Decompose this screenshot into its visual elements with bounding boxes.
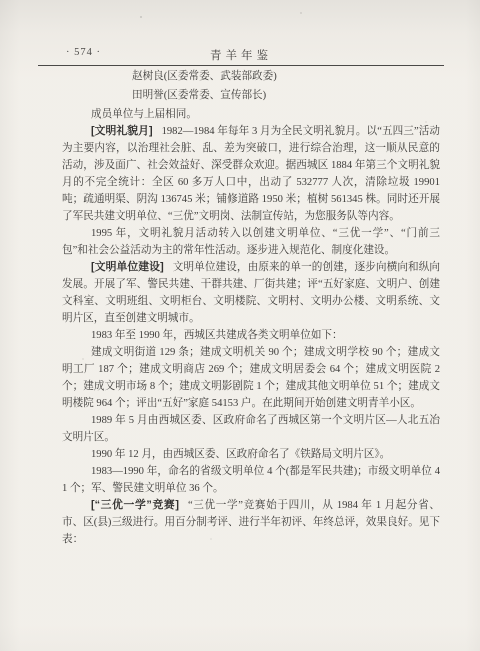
official-name-line: 赵树良(区委常委、武装部政委) (132, 67, 440, 86)
paragraph-text: 成员单位与上届相同。 (91, 109, 197, 120)
paragraph-text: 1995 年，文明礼貌月活动转入以创建文明单位、“三优一学”、“门前三包”和社会… (62, 228, 440, 256)
scanned-page: · 574 · 青羊年鉴 赵树良(区委常委、武装部政委) 田明誉(区委常委、宣传… (0, 0, 480, 651)
paragraph-civility-month: [文明礼貌月]1982—1984 年每年 3 月为全民文明礼貌月。以“五四三”活… (62, 123, 440, 225)
paragraph-1990-naming: 1990 年 12 月，由西城区委、区政府命名了《铁路局文明片区》。 (62, 446, 440, 463)
official-name-line: 田明誉(区委常委、宣传部长) (132, 86, 440, 105)
paragraph-competition: [“三优一学”竞赛]“三优一学”竞赛始于四川，从 1984 年 1 月起分省、市… (62, 497, 440, 548)
paragraph-text: 1989 年 5 月由西城区委、区政府命名了西城区第一个文明片区—人北五冶文明片… (62, 415, 440, 443)
entry-heading-competition: [“三优一学”竞赛] (91, 499, 179, 511)
paragraph-totals: 1983—1990 年，命名的省级文明单位 4 个(都是军民共建)；市级文明单位… (62, 463, 440, 497)
running-header: · 574 · 青羊年鉴 (38, 45, 444, 66)
paragraph-1983-1990-intro: 1983 年至 1990 年，西城区共建成各类文明单位如下： (62, 327, 440, 344)
paragraph-text: 建成文明街道 129 条；建成文明机关 90 个；建成文明学校 90 个；建成文… (62, 347, 440, 409)
paragraph-1995-shift: 1995 年，文明礼貌月活动转入以创建文明单位、“三优一学”、“门前三包”和社会… (62, 225, 440, 259)
scan-noise-specks (140, 16, 142, 18)
paragraph-members-same: 成员单位与上届相同。 (62, 106, 440, 123)
page-body: 赵树良(区委常委、武装部政委) 田明誉(区委常委、宣传部长) 成员单位与上届相同… (62, 67, 440, 548)
paragraph-unit-building: [文明单位建设]文明单位建设，由原来的单一的创建，逐步向横向和纵向发展。开展了军… (62, 259, 440, 327)
paragraph-text: 1982—1984 年每年 3 月为全民文明礼貌月。以“五四三”活动为主要内容，… (62, 126, 440, 222)
paragraph-text: 1983 年至 1990 年，西城区共建成各类文明单位如下： (91, 330, 343, 341)
paragraph-unit-statistics: 建成文明街道 129 条；建成文明机关 90 个；建成文明学校 90 个；建成文… (62, 344, 440, 412)
paragraph-1989-naming: 1989 年 5 月由西城区委、区政府命名了西城区第一个文明片区—人北五冶文明片… (62, 412, 440, 446)
paragraph-text: 1983—1990 年，命名的省级文明单位 4 个(都是军民共建)；市级文明单位… (62, 466, 440, 494)
entry-heading-unit-building: [文明单位建设] (91, 261, 164, 273)
entry-heading-civility-month: [文明礼貌月] (91, 125, 153, 137)
paragraph-text: 1990 年 12 月，由西城区委、区政府命名了《铁路局文明片区》。 (91, 449, 390, 460)
book-title: 青羊年鉴 (38, 47, 444, 63)
officials-list: 赵树良(区委常委、武装部政委) 田明誉(区委常委、宣传部长) (62, 67, 440, 105)
